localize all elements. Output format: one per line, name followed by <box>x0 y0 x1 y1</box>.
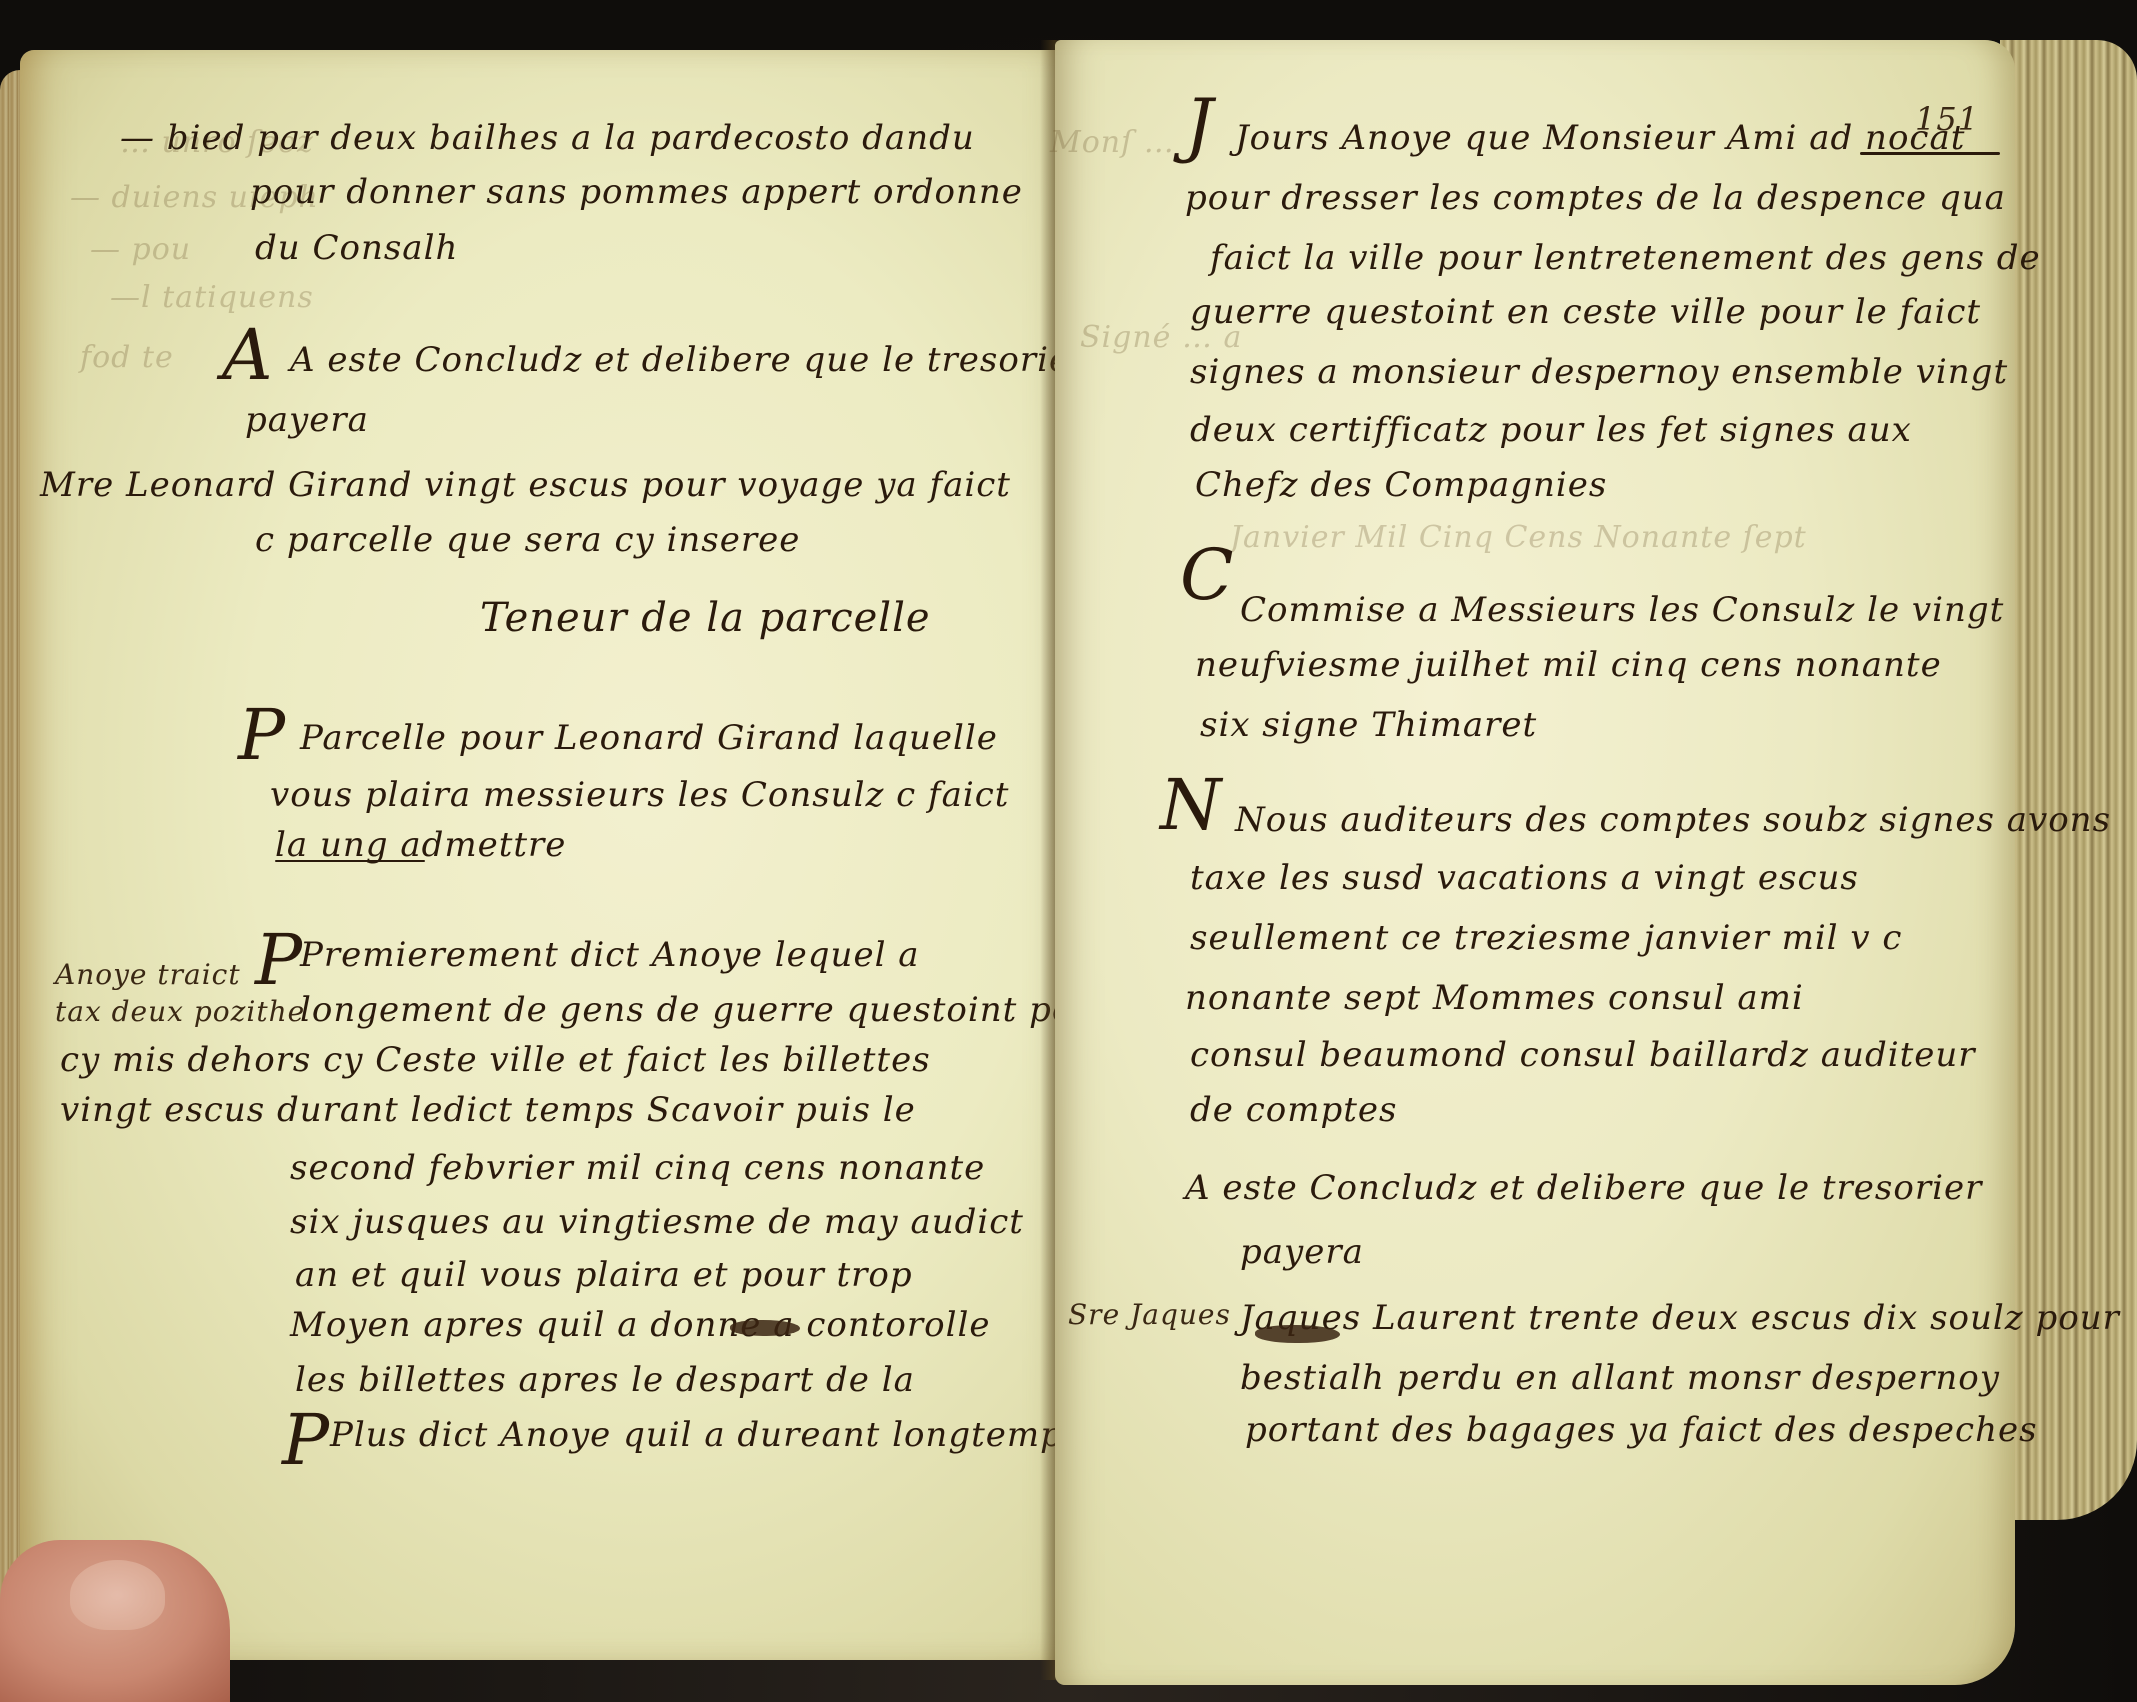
manuscript-line: Jours Anoye que Monsieur Ami ad nocat <box>1235 118 1965 158</box>
drop-initial: P <box>255 925 303 995</box>
section-heading: Teneur de la parcelle <box>480 595 931 641</box>
margin-note: Anoye traict <box>55 958 241 991</box>
manuscript-line: pour dresser les comptes de la despence … <box>1185 178 2006 218</box>
manuscript-line: faict la ville pour lentretenement des g… <box>1210 238 2041 278</box>
open-manuscript: … unro ſeoz — duiens uieph — pou —l tati… <box>0 0 2137 1702</box>
manuscript-line: pour donner sans pommes appert ordonne <box>250 172 1023 212</box>
manuscript-line: les billettes apres le despart de la <box>295 1360 915 1400</box>
manuscript-line: nonante sept Mommes consul ami <box>1185 978 1804 1018</box>
manuscript-line: guerre questoint en ceste ville pour le … <box>1190 292 1981 332</box>
manuscript-line: taxe les susd vacations a vingt escus <box>1190 858 1859 898</box>
underline <box>275 860 425 862</box>
manuscript-line: la ung admettre <box>275 825 566 865</box>
manuscript-line: deux certifficatz pour les fet signes au… <box>1190 410 1912 450</box>
bleed-through-text: Janvier Mil Cinq Cens Nonante ſept <box>1230 520 1807 555</box>
bleed-through-text: fod te <box>80 340 174 375</box>
manuscript-line: longement de gens de guerre questoint po <box>300 990 1073 1030</box>
drop-initial: N <box>1160 770 1222 840</box>
manuscript-line: du Consalh <box>255 228 458 268</box>
manuscript-line: Moyen apres quil a donne a contorolle <box>290 1305 990 1345</box>
manuscript-line: A este Concludz et delibere que le treso… <box>290 340 1087 380</box>
manuscript-line: Jaques Laurent trente deux escus dix sou… <box>1240 1298 2120 1338</box>
manuscript-line: Chefz des Compagnies <box>1195 465 1607 505</box>
manuscript-line: vingt escus durant ledict temps Scavoir … <box>60 1090 916 1130</box>
manuscript-line: payera <box>1240 1232 1364 1272</box>
manuscript-line: Commise a Messieurs les Consulz le vingt <box>1240 590 2004 630</box>
manuscript-line: Premierement dict Anoye lequel a <box>300 935 920 975</box>
manuscript-line: c parcelle que sera cy inseree <box>255 520 800 560</box>
manuscript-line: Mre Leonard Girand vingt escus pour voya… <box>40 465 1011 505</box>
drop-initial: P <box>282 1405 330 1475</box>
manuscript-line: Nous auditeurs des comptes soubz signes … <box>1235 800 2111 840</box>
manuscript-line: an et quil vous plaira et pour trop <box>295 1255 913 1295</box>
manuscript-line: six jusques au vingtiesme de may audict <box>290 1202 1024 1242</box>
drop-initial: C <box>1180 540 1235 610</box>
ink-blot <box>1255 1325 1340 1343</box>
manuscript-line: — bied par deux bailhes a la pardecosto … <box>120 118 975 158</box>
manuscript-line: Parcelle pour Leonard Girand laquelle <box>300 718 998 758</box>
manuscript-line: A este Concludz et delibere que le treso… <box>1185 1168 1982 1208</box>
manuscript-line: portant des bagages ya faict des despech… <box>1245 1410 2038 1450</box>
drop-initial: A <box>222 320 274 390</box>
manuscript-line: payera <box>245 400 369 440</box>
manuscript-line: seullement ce treziesme janvier mil v c <box>1190 918 1902 958</box>
ink-blot <box>730 1320 800 1336</box>
manuscript-line: bestialh perdu en allant monsr despernoy <box>1240 1358 2000 1398</box>
bleed-through-text: — pou <box>90 232 191 267</box>
drop-initial: P <box>238 700 286 770</box>
manuscript-line: six signe Thimaret <box>1200 705 1537 745</box>
line-filler-stroke <box>1860 152 2000 155</box>
manuscript-line: de comptes <box>1190 1090 1397 1130</box>
thumbnail-highlight <box>70 1560 165 1630</box>
bleed-through-text: Monſ … <box>1050 125 1175 160</box>
bleed-through-text: —l tatiquens <box>110 280 314 315</box>
manuscript-line: signes a monsieur despernoy ensemble vin… <box>1190 352 2008 392</box>
manuscript-line: second febvrier mil cinq cens nonante <box>290 1148 985 1188</box>
drop-initial: J <box>1185 90 1214 160</box>
margin-note: Sre Jaques <box>1068 1298 1231 1331</box>
manuscript-line: vous plaira messieurs les Consulz c faic… <box>270 775 1009 815</box>
manuscript-line: cy mis dehors cy Ceste ville et faict le… <box>60 1040 931 1080</box>
manuscript-line: neufviesme juilhet mil cinq cens nonante <box>1195 645 1942 685</box>
manuscript-line: consul beaumond consul baillardz auditeu… <box>1190 1035 1976 1075</box>
manuscript-line: Plus dict Anoye quil a dureant longtemps <box>330 1415 1081 1455</box>
